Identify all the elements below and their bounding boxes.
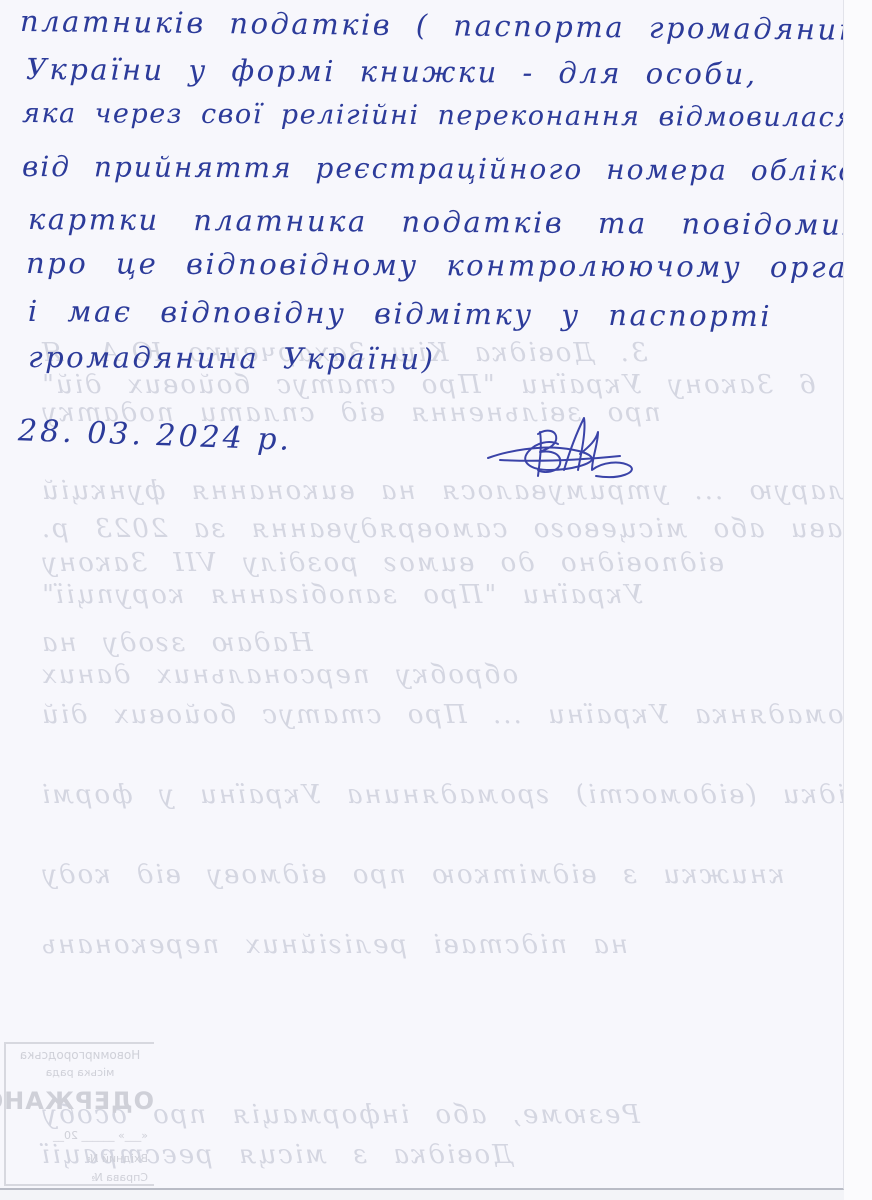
handwritten-line: України у формі книжки - для особи, [26,52,758,91]
bleed-line: Надаю згоду на [40,628,313,658]
scan-edge-strip [844,0,872,1200]
bleed-line: Громадянка України ... Про статус бойови… [40,700,844,730]
bleed-line: відповідно до вимог розділу VII Закону [40,548,724,578]
stamp-status: ОДЕРЖАНО [6,1087,154,1115]
handwritten-line: картки платника податків та повідомила [28,202,844,242]
handwritten-line: про це відповідному контролюючому органу [26,246,844,285]
handwritten-line: від прийняття реєстраційного номера облі… [22,150,844,188]
stamp-case-label: Справа № [6,1171,154,1184]
bleed-line: обробку персональних даних [40,660,518,690]
registration-stamp: Новомиргородська міська рада ОДЕРЖАНО «_… [4,1042,154,1186]
handwritten-line: платників податків ( паспорта громадянин… [20,4,844,47]
stamp-org-line1: Новомиргородська [6,1048,154,1062]
bleed-line: Декларую ... утримувалося на виконання ф… [40,476,844,506]
bleed-line: Паспорт копія, довідки (відомості) грома… [40,780,844,810]
stamp-date-line: «___» ______ 20__ [6,1129,154,1142]
stamp-org-line2: міська рада [6,1066,154,1079]
stamp-incoming-label: Вхідний № [6,1152,154,1165]
scanned-page: 3. Довідка Кіш Захарченко Ю.А. Я ч. 6 За… [0,0,844,1190]
handwritten-line: і має відповідну відмітку у паспорті [28,294,772,333]
bleed-line: держави або місцевого самоврядування за … [40,514,844,544]
bleed-line: України "Про запобігання корупції" [40,580,643,610]
handwritten-line: яка через свої релігійні переконання від… [22,98,844,133]
handwritten-line: громадянина України) [28,340,436,376]
signature-icon [480,410,650,485]
bleed-line: книжки з відміткою про відмову від коду [40,860,785,890]
bleed-line: на підставі релігійних переконань [40,930,628,960]
